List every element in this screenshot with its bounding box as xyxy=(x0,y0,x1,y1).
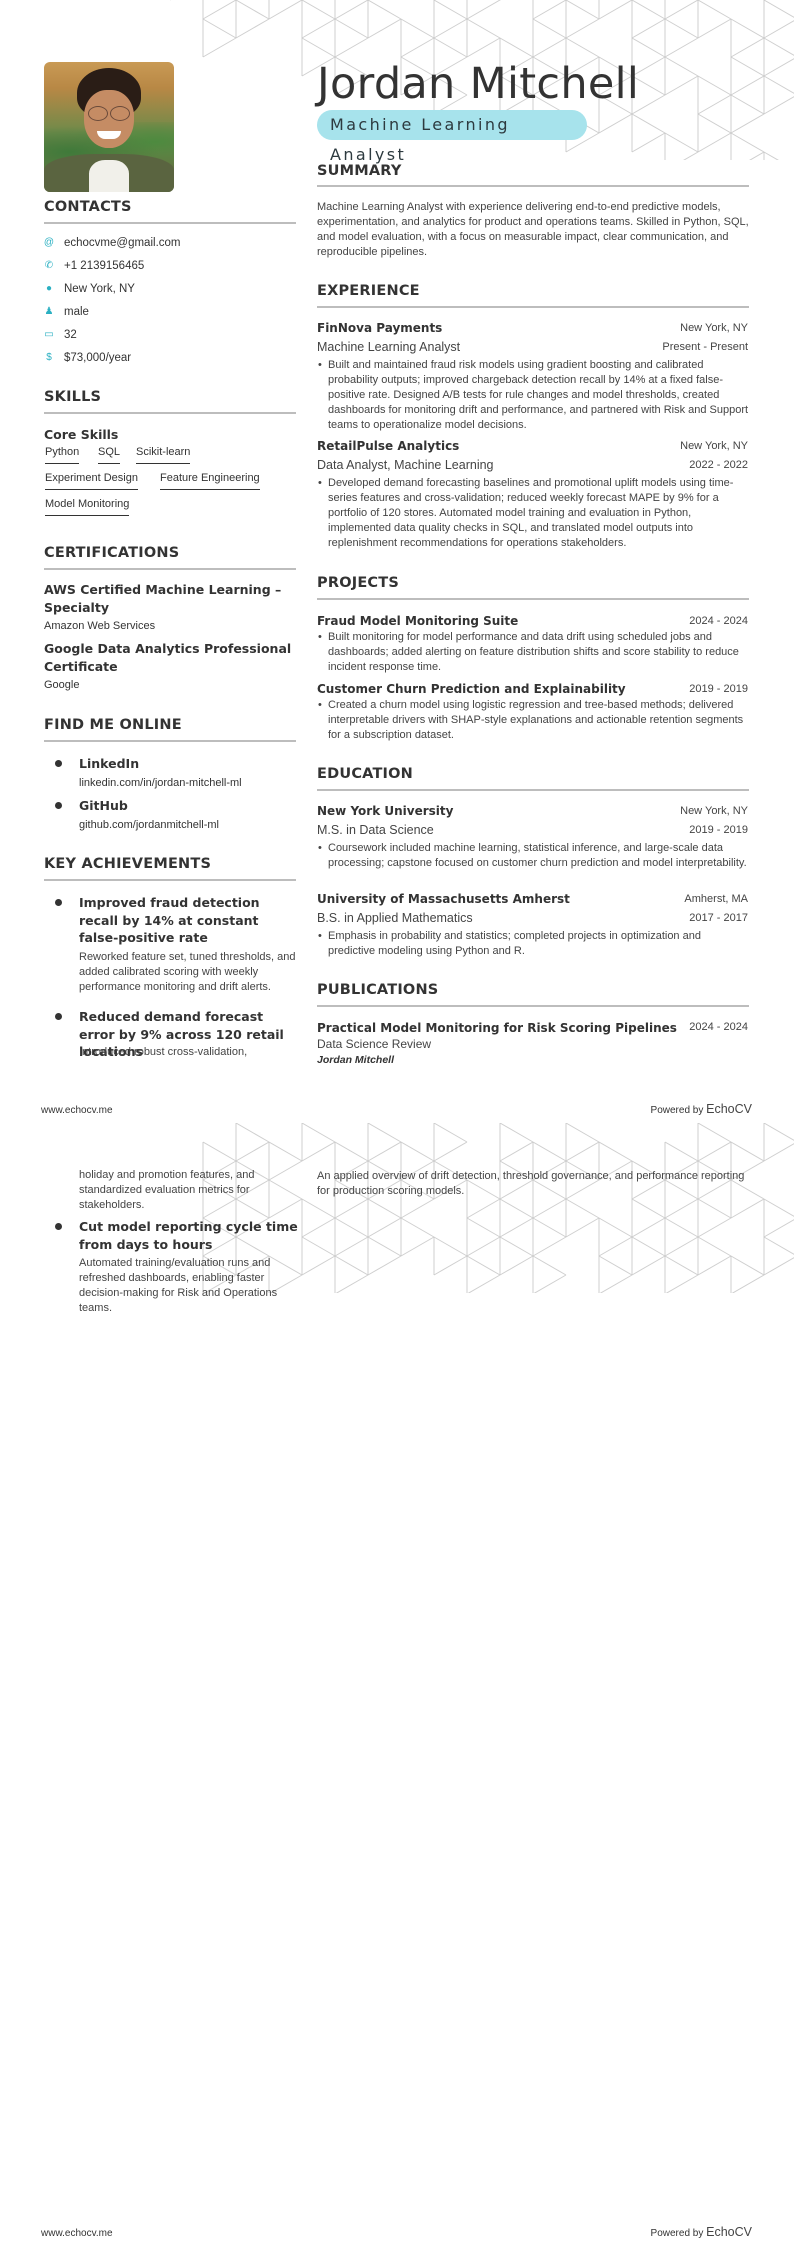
job-role: Data Analyst, Machine Learning xyxy=(317,458,494,472)
education-dates: 2019 - 2019 xyxy=(689,824,748,836)
find-me-online-heading: FIND ME ONLINE xyxy=(44,717,182,733)
skill-chip: Scikit-learn xyxy=(136,446,190,464)
degree: B.S. in Applied Mathematics xyxy=(317,911,473,925)
summary-text: Machine Learning Analyst with experience… xyxy=(317,200,749,260)
cert-name: Google Data Analytics Professional Certi… xyxy=(44,640,296,676)
gender-value: male xyxy=(64,306,89,318)
calendar-icon: ▭ xyxy=(44,330,54,340)
school-location: Amherst, MA xyxy=(684,893,748,905)
education-heading: EDUCATION xyxy=(317,766,413,782)
divider xyxy=(317,306,749,308)
job-role: Machine Learning Analyst xyxy=(317,340,460,354)
skill-chip: SQL xyxy=(98,446,120,464)
project-name: Fraud Model Monitoring Suite xyxy=(317,614,518,628)
cert-issuer: Google xyxy=(44,679,79,691)
bullet-icon xyxy=(55,899,62,906)
echocv-brand: EchoCV xyxy=(706,1102,752,1116)
publication-venue: Data Science Review xyxy=(317,1037,431,1051)
divider xyxy=(317,1005,749,1007)
email-value: echocvme@gmail.com xyxy=(64,237,181,249)
project-description: Created a churn model using logistic reg… xyxy=(317,698,749,743)
skill-group-title: Core Skills xyxy=(44,427,118,442)
phone-icon: ✆ xyxy=(44,261,54,271)
footer-powered-by[interactable]: Powered by EchoCV xyxy=(651,2225,752,2239)
skill-chip: Experiment Design xyxy=(45,472,138,490)
bullet-icon xyxy=(55,760,62,767)
key-achievements-heading: KEY ACHIEVEMENTS xyxy=(44,856,211,872)
publication-description: An applied overview of drift detection, … xyxy=(317,1169,749,1199)
job-location: New York, NY xyxy=(680,440,748,452)
summary-heading: SUMMARY xyxy=(317,163,402,179)
skill-chip: Python xyxy=(45,446,79,464)
job-location: New York, NY xyxy=(680,322,748,334)
phone-value: +1 2139156465 xyxy=(64,260,144,272)
job-dates: Present - Present xyxy=(662,341,748,353)
publication-title: Practical Model Monitoring for Risk Scor… xyxy=(317,1021,677,1035)
powered-by-label: Powered by xyxy=(651,2228,704,2239)
github-link[interactable]: github.com/jordanmitchell-ml xyxy=(79,819,219,831)
achievement-title: Cut model reporting cycle time from days… xyxy=(79,1218,301,1253)
contact-email[interactable]: @ echocvme@gmail.com xyxy=(44,237,181,249)
degree: M.S. in Data Science xyxy=(317,823,434,837)
powered-by-label: Powered by xyxy=(651,1105,704,1116)
location-value: New York, NY xyxy=(64,283,135,295)
salary-value: $73,000/year xyxy=(64,352,131,364)
job-title-badge: Machine Learning Analyst xyxy=(317,110,587,140)
contact-salary: $ $73,000/year xyxy=(44,352,131,364)
skill-chip: Feature Engineering xyxy=(160,472,260,490)
location-pin-icon: ● xyxy=(44,284,54,294)
cert-name: AWS Certified Machine Learning – Special… xyxy=(44,581,296,617)
divider xyxy=(44,740,296,742)
achievement-title: Improved fraud detection recall by 14% a… xyxy=(79,894,301,947)
bullet-icon xyxy=(55,1013,62,1020)
bullet-icon xyxy=(55,1223,62,1230)
person-icon: ♟ xyxy=(44,307,54,317)
project-name: Customer Churn Prediction and Explainabi… xyxy=(317,682,626,696)
divider xyxy=(44,222,296,224)
divider xyxy=(44,412,296,414)
divider xyxy=(317,185,749,187)
footer-site-link[interactable]: www.echocv.me xyxy=(41,2228,113,2239)
contact-phone[interactable]: ✆ +1 2139156465 xyxy=(44,260,144,272)
online-label-linkedin: LinkedIn xyxy=(79,756,139,771)
divider xyxy=(44,879,296,881)
publications-heading: PUBLICATIONS xyxy=(317,982,438,998)
job-dates: 2022 - 2022 xyxy=(689,459,748,471)
dollar-icon: $ xyxy=(44,353,54,363)
project-dates: 2024 - 2024 xyxy=(689,615,748,627)
publication-dates: 2024 - 2024 xyxy=(689,1021,748,1033)
email-icon: @ xyxy=(44,238,54,248)
company-name: FinNova Payments xyxy=(317,321,442,335)
company-name: RetailPulse Analytics xyxy=(317,439,459,453)
linkedin-link[interactable]: linkedin.com/in/jordan-mitchell-ml xyxy=(79,777,242,789)
bullet-icon xyxy=(55,802,62,809)
school-name: New York University xyxy=(317,804,453,818)
echocv-brand: EchoCV xyxy=(706,2225,752,2239)
cert-issuer: Amazon Web Services xyxy=(44,620,155,632)
divider xyxy=(44,568,296,570)
profile-photo xyxy=(44,62,174,192)
achievement-desc: Introduced robust cross-validation, xyxy=(79,1045,301,1060)
contact-gender: ♟ male xyxy=(44,306,89,318)
project-dates: 2019 - 2019 xyxy=(689,683,748,695)
experience-heading: EXPERIENCE xyxy=(317,283,420,299)
footer-powered-by[interactable]: Powered by EchoCV xyxy=(651,1102,752,1116)
publication-author: Jordan Mitchell xyxy=(317,1054,394,1066)
education-dates: 2017 - 2017 xyxy=(689,912,748,924)
projects-heading: PROJECTS xyxy=(317,575,399,591)
skill-chip: Model Monitoring xyxy=(45,498,129,516)
contacts-heading: CONTACTS xyxy=(44,199,132,215)
school-location: New York, NY xyxy=(680,805,748,817)
project-description: Built monitoring for model performance a… xyxy=(317,630,749,675)
age-value: 32 xyxy=(64,329,77,341)
skills-heading: SKILLS xyxy=(44,389,101,405)
resume-page-1: Jordan Mitchell Machine Learning Analyst… xyxy=(0,0,794,1123)
footer-site-link[interactable]: www.echocv.me xyxy=(41,1105,113,1116)
job-description: Developed demand forecasting baselines a… xyxy=(317,476,749,551)
divider xyxy=(317,598,749,600)
achievement-desc-continued: holiday and promotion features, and stan… xyxy=(79,1168,301,1213)
school-name: University of Massachusetts Amherst xyxy=(317,892,570,906)
resume-page-2: holiday and promotion features, and stan… xyxy=(0,1123,794,2246)
divider xyxy=(317,789,749,791)
education-description: Emphasis in probability and statistics; … xyxy=(317,929,749,959)
contact-age: ▭ 32 xyxy=(44,329,77,341)
online-label-github: GitHub xyxy=(79,798,128,813)
candidate-name: Jordan Mitchell xyxy=(317,58,639,110)
achievement-desc: Reworked feature set, tuned thresholds, … xyxy=(79,950,301,995)
job-description: Built and maintained fraud risk models u… xyxy=(317,358,749,433)
achievement-desc: Automated training/evaluation runs and r… xyxy=(79,1256,301,1316)
education-description: Coursework included machine learning, st… xyxy=(317,841,749,871)
certifications-heading: CERTIFICATIONS xyxy=(44,545,179,561)
contact-location: ● New York, NY xyxy=(44,283,135,295)
